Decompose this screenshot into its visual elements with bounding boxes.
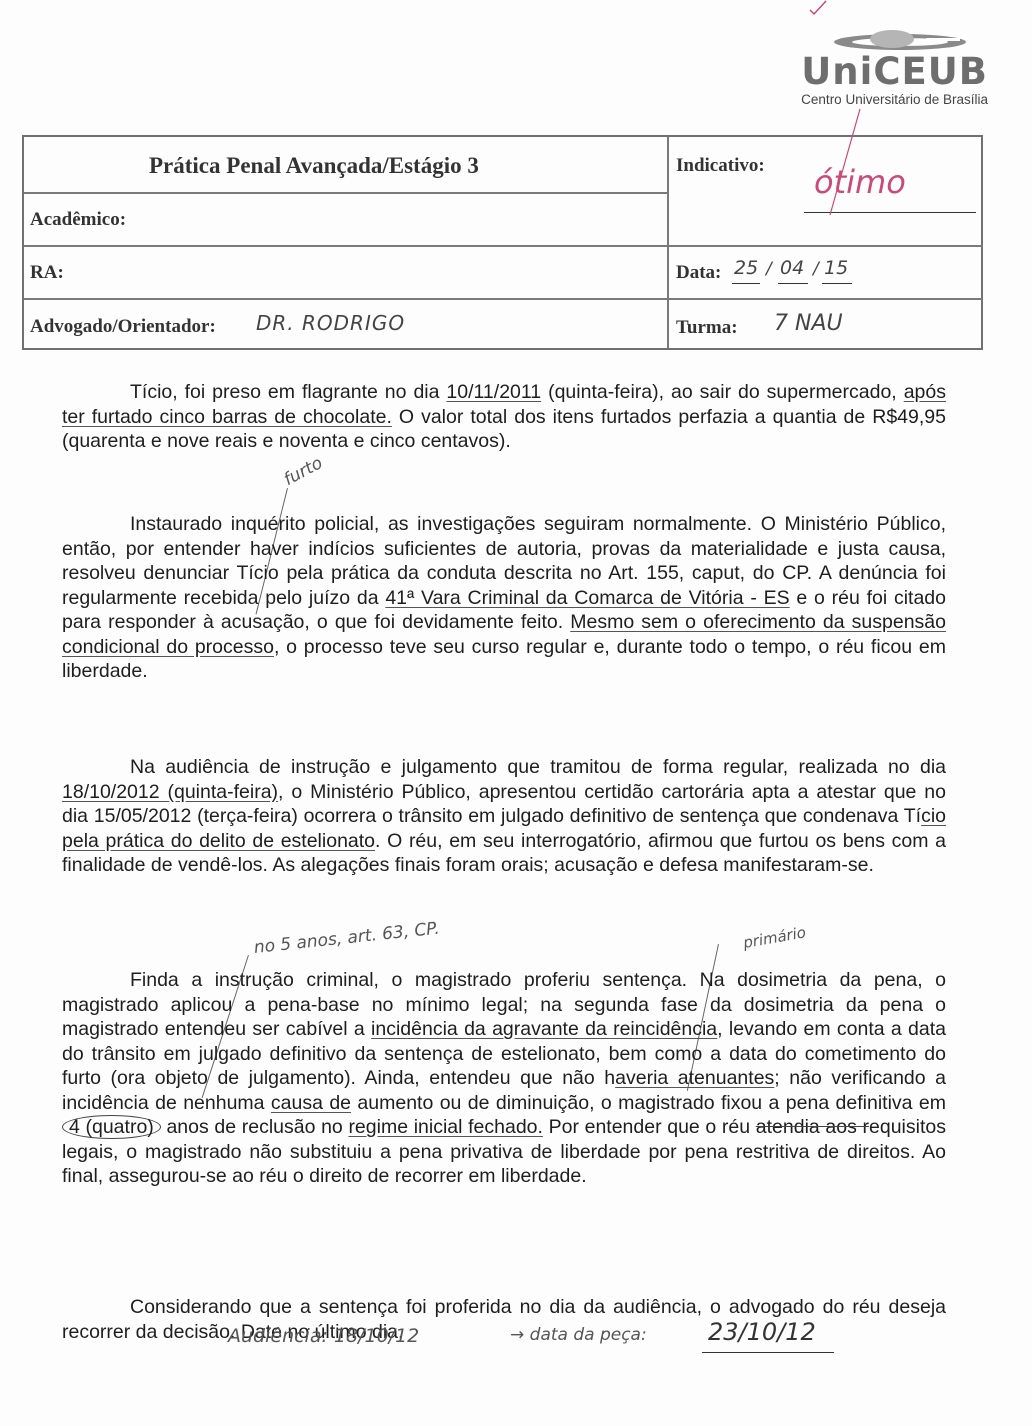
p3-text: Na audiência de instrução e julgamento q… [130, 756, 946, 778]
paragraph-3: Na audiência de instrução e julgamento q… [62, 755, 946, 878]
p4-circled-sentence: 4 (quatro) [62, 1115, 161, 1139]
p1-text: (quinta-feira), ao sair do supermercado, [541, 381, 904, 403]
annotation-reincidencia: no 5 anos, art. 63, CP. [253, 919, 441, 958]
data-day-underline [732, 283, 760, 284]
indicativo-label: Indicativo: [676, 155, 765, 177]
row-divider [24, 192, 667, 194]
data-day[interactable]: 25 [734, 257, 758, 279]
scanned-document-page: UniCEUB Centro Universitário de Brasília… [0, 0, 1032, 1426]
turma-label: Turma: [676, 317, 738, 339]
annotation-data-peca-label: → data da peça: [510, 1325, 647, 1345]
p4-underlined-regime: regime inicial fechado. [348, 1116, 543, 1138]
p2-underlined-court: 41ª Vara Criminal da Comarca de Vitória … [385, 587, 789, 609]
p4-underlined-atenuantes: averia atenuantes [615, 1067, 774, 1089]
data-year[interactable]: 15 [824, 257, 848, 279]
paragraph-2: Instaurado inquérito policial, as invest… [62, 512, 946, 684]
column-divider [667, 137, 669, 348]
logo-emblem-icon [830, 30, 970, 52]
header-form-table: Prática Penal Avançada/Estágio 3 Acadêmi… [22, 135, 983, 350]
p4-struck-text: atendia aos r [756, 1116, 869, 1138]
check-mark-icon [808, 0, 828, 16]
p4-text: aumento ou de diminuição, o magistrado f… [351, 1092, 946, 1114]
data-year-underline [822, 283, 852, 284]
p4-underlined-agravante: incidência da agravante da reincidência [371, 1018, 717, 1040]
p1-text: Tício, foi preso em flagrante no dia [130, 381, 446, 403]
data-month-underline [778, 283, 808, 284]
turma-field[interactable]: 7 NAU [774, 311, 843, 336]
annotation-audiencia-date: Audiência: 18/10/12 [228, 1325, 419, 1347]
form-title: Prática Penal Avançada/Estágio 3 [149, 153, 479, 179]
data-month[interactable]: 04 [780, 257, 804, 279]
p1-date-underlined: 10/11/2011 [446, 381, 541, 403]
ra-label: RA: [30, 262, 64, 284]
paragraph-1: Tício, foi preso em flagrante no dia 10/… [62, 380, 946, 454]
orientador-label: Advogado/Orientador: [30, 316, 216, 338]
logo-wordmark: UniCEUB [801, 52, 988, 92]
data-sep-1: / [766, 259, 772, 279]
p4-underlined-causa: causa de [271, 1092, 351, 1114]
row-divider [24, 298, 983, 300]
data-label: Data: [676, 262, 721, 284]
paragraph-4: Finda a instrução criminal, o magistrado… [62, 968, 946, 1189]
orientador-field[interactable]: DR. RODRIGO [256, 311, 405, 335]
grade-slash-mark [824, 107, 864, 217]
p4-text: anos de reclusão no [161, 1116, 349, 1138]
academico-label: Acadêmico: [30, 209, 126, 231]
p3-underlined-date: 18/10/2012 (quinta-feira) [62, 781, 278, 803]
p4-text: Por entender que o réu [543, 1116, 756, 1138]
logo-subtitle: Centro Universitário de Brasília [801, 92, 988, 107]
row-divider [24, 245, 983, 247]
annotation-data-peca: 23/10/12 [708, 1318, 816, 1346]
uniceub-logo: UniCEUB Centro Universitário de Brasília [790, 30, 1010, 105]
annotation-primario: primário [742, 923, 807, 952]
annotation-furto: furto [281, 453, 326, 490]
data-sep-2: / [813, 259, 819, 279]
annotation-date-underline [702, 1352, 834, 1353]
